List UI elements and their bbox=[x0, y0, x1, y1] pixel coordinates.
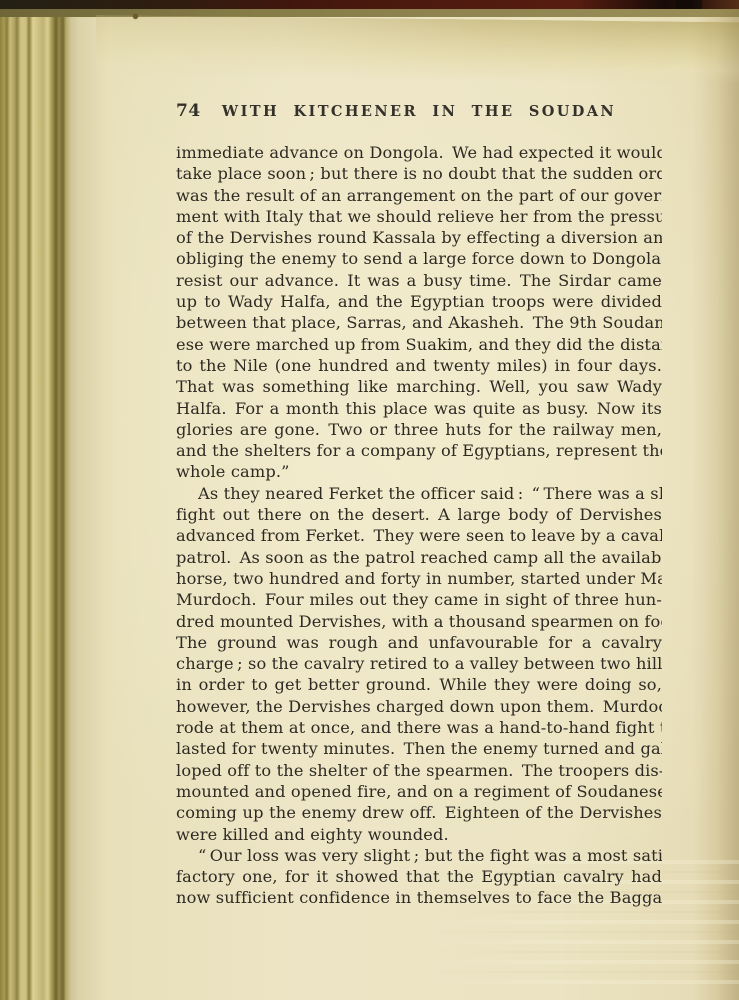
text-line: to the Nile (one hundred and twenty mile… bbox=[176, 355, 662, 376]
book-right-fore-edge bbox=[691, 0, 739, 1000]
text-line: “ Our loss was very slight ; but the fig… bbox=[176, 845, 662, 866]
text-line: immediate advance on Dongola. We had exp… bbox=[176, 142, 662, 163]
text-line: and the shelters for a company of Egypti… bbox=[176, 440, 662, 461]
text-line: coming up the enemy drew off. Eighteen o… bbox=[176, 802, 662, 823]
text-line: dred mounted Dervishes, with a thousand … bbox=[176, 611, 662, 632]
text-line: between that place, Sarras, and Akasheh.… bbox=[176, 312, 662, 333]
book-cover-strip bbox=[0, 0, 739, 9]
text-line: of the Dervishes round Kassala by effect… bbox=[176, 227, 662, 248]
text-line: take place soon ; but there is no doubt … bbox=[176, 163, 662, 184]
running-title: WITH KITCHENER IN THE SOUDAN bbox=[222, 103, 616, 120]
book-page-photo: 74 WITH KITCHENER IN THE SOUDAN immediat… bbox=[0, 0, 739, 1000]
text-line: The ground was rough and unfavourable fo… bbox=[176, 632, 662, 653]
paragraph: As they neared Ferket the officer said :… bbox=[176, 483, 662, 845]
text-line: was the result of an arrangement on the … bbox=[176, 185, 662, 206]
text-line: up to Wady Halfa, and the Egyptian troop… bbox=[176, 291, 662, 312]
text-line: mounted and opened fire, and on a regime… bbox=[176, 781, 662, 802]
text-line: resist our advance. It was a busy time. … bbox=[176, 270, 662, 291]
text-line: now sufficient confidence in themselves … bbox=[176, 887, 662, 908]
text-line: As they neared Ferket the officer said :… bbox=[176, 483, 662, 504]
text-line: That was something like marching. Well, … bbox=[176, 376, 662, 397]
body-text: immediate advance on Dongola. We had exp… bbox=[176, 142, 662, 909]
book-left-page-edges bbox=[0, 0, 118, 1000]
text-line: ment with Italy that we should relieve h… bbox=[176, 206, 662, 227]
text-line: in order to get better ground. While the… bbox=[176, 674, 662, 695]
book-top-page-edges bbox=[96, 15, 739, 84]
page-header: 74 WITH KITCHENER IN THE SOUDAN bbox=[176, 101, 662, 123]
text-line: loped off to the shelter of the spearmen… bbox=[176, 760, 662, 781]
text-line: patrol. As soon as the patrol reached ca… bbox=[176, 547, 662, 568]
text-line: Murdoch. Four miles out they came in sig… bbox=[176, 589, 662, 610]
text-line: ese were marched up from Suakim, and the… bbox=[176, 334, 662, 355]
text-line: were killed and eighty wounded. bbox=[176, 824, 662, 845]
text-line: rode at them at once, and there was a ha… bbox=[176, 717, 662, 738]
text-line: lasted for twenty minutes. Then the enem… bbox=[176, 738, 662, 759]
paragraph: immediate advance on Dongola. We had exp… bbox=[176, 142, 662, 483]
page-number: 74 bbox=[176, 101, 201, 121]
paper-speck bbox=[133, 14, 138, 19]
text-line: charge ; so the cavalry retired to a val… bbox=[176, 653, 662, 674]
text-line: whole camp.” bbox=[176, 461, 662, 482]
text-line: glories are gone. Two or three huts for … bbox=[176, 419, 662, 440]
paragraph: “ Our loss was very slight ; but the fig… bbox=[176, 845, 662, 909]
text-line: fight out there on the desert. A large b… bbox=[176, 504, 662, 525]
printed-page-content: 74 WITH KITCHENER IN THE SOUDAN immediat… bbox=[176, 101, 662, 909]
text-line: obliging the enemy to send a large force… bbox=[176, 248, 662, 269]
text-line: however, the Dervishes charged down upon… bbox=[176, 696, 662, 717]
text-line: factory one, for it showed that the Egyp… bbox=[176, 866, 662, 887]
text-line: advanced from Ferket. They were seen to … bbox=[176, 525, 662, 546]
text-line: horse, two hundred and forty in number, … bbox=[176, 568, 662, 589]
text-line: Halfa. For a month this place was quite … bbox=[176, 398, 662, 419]
